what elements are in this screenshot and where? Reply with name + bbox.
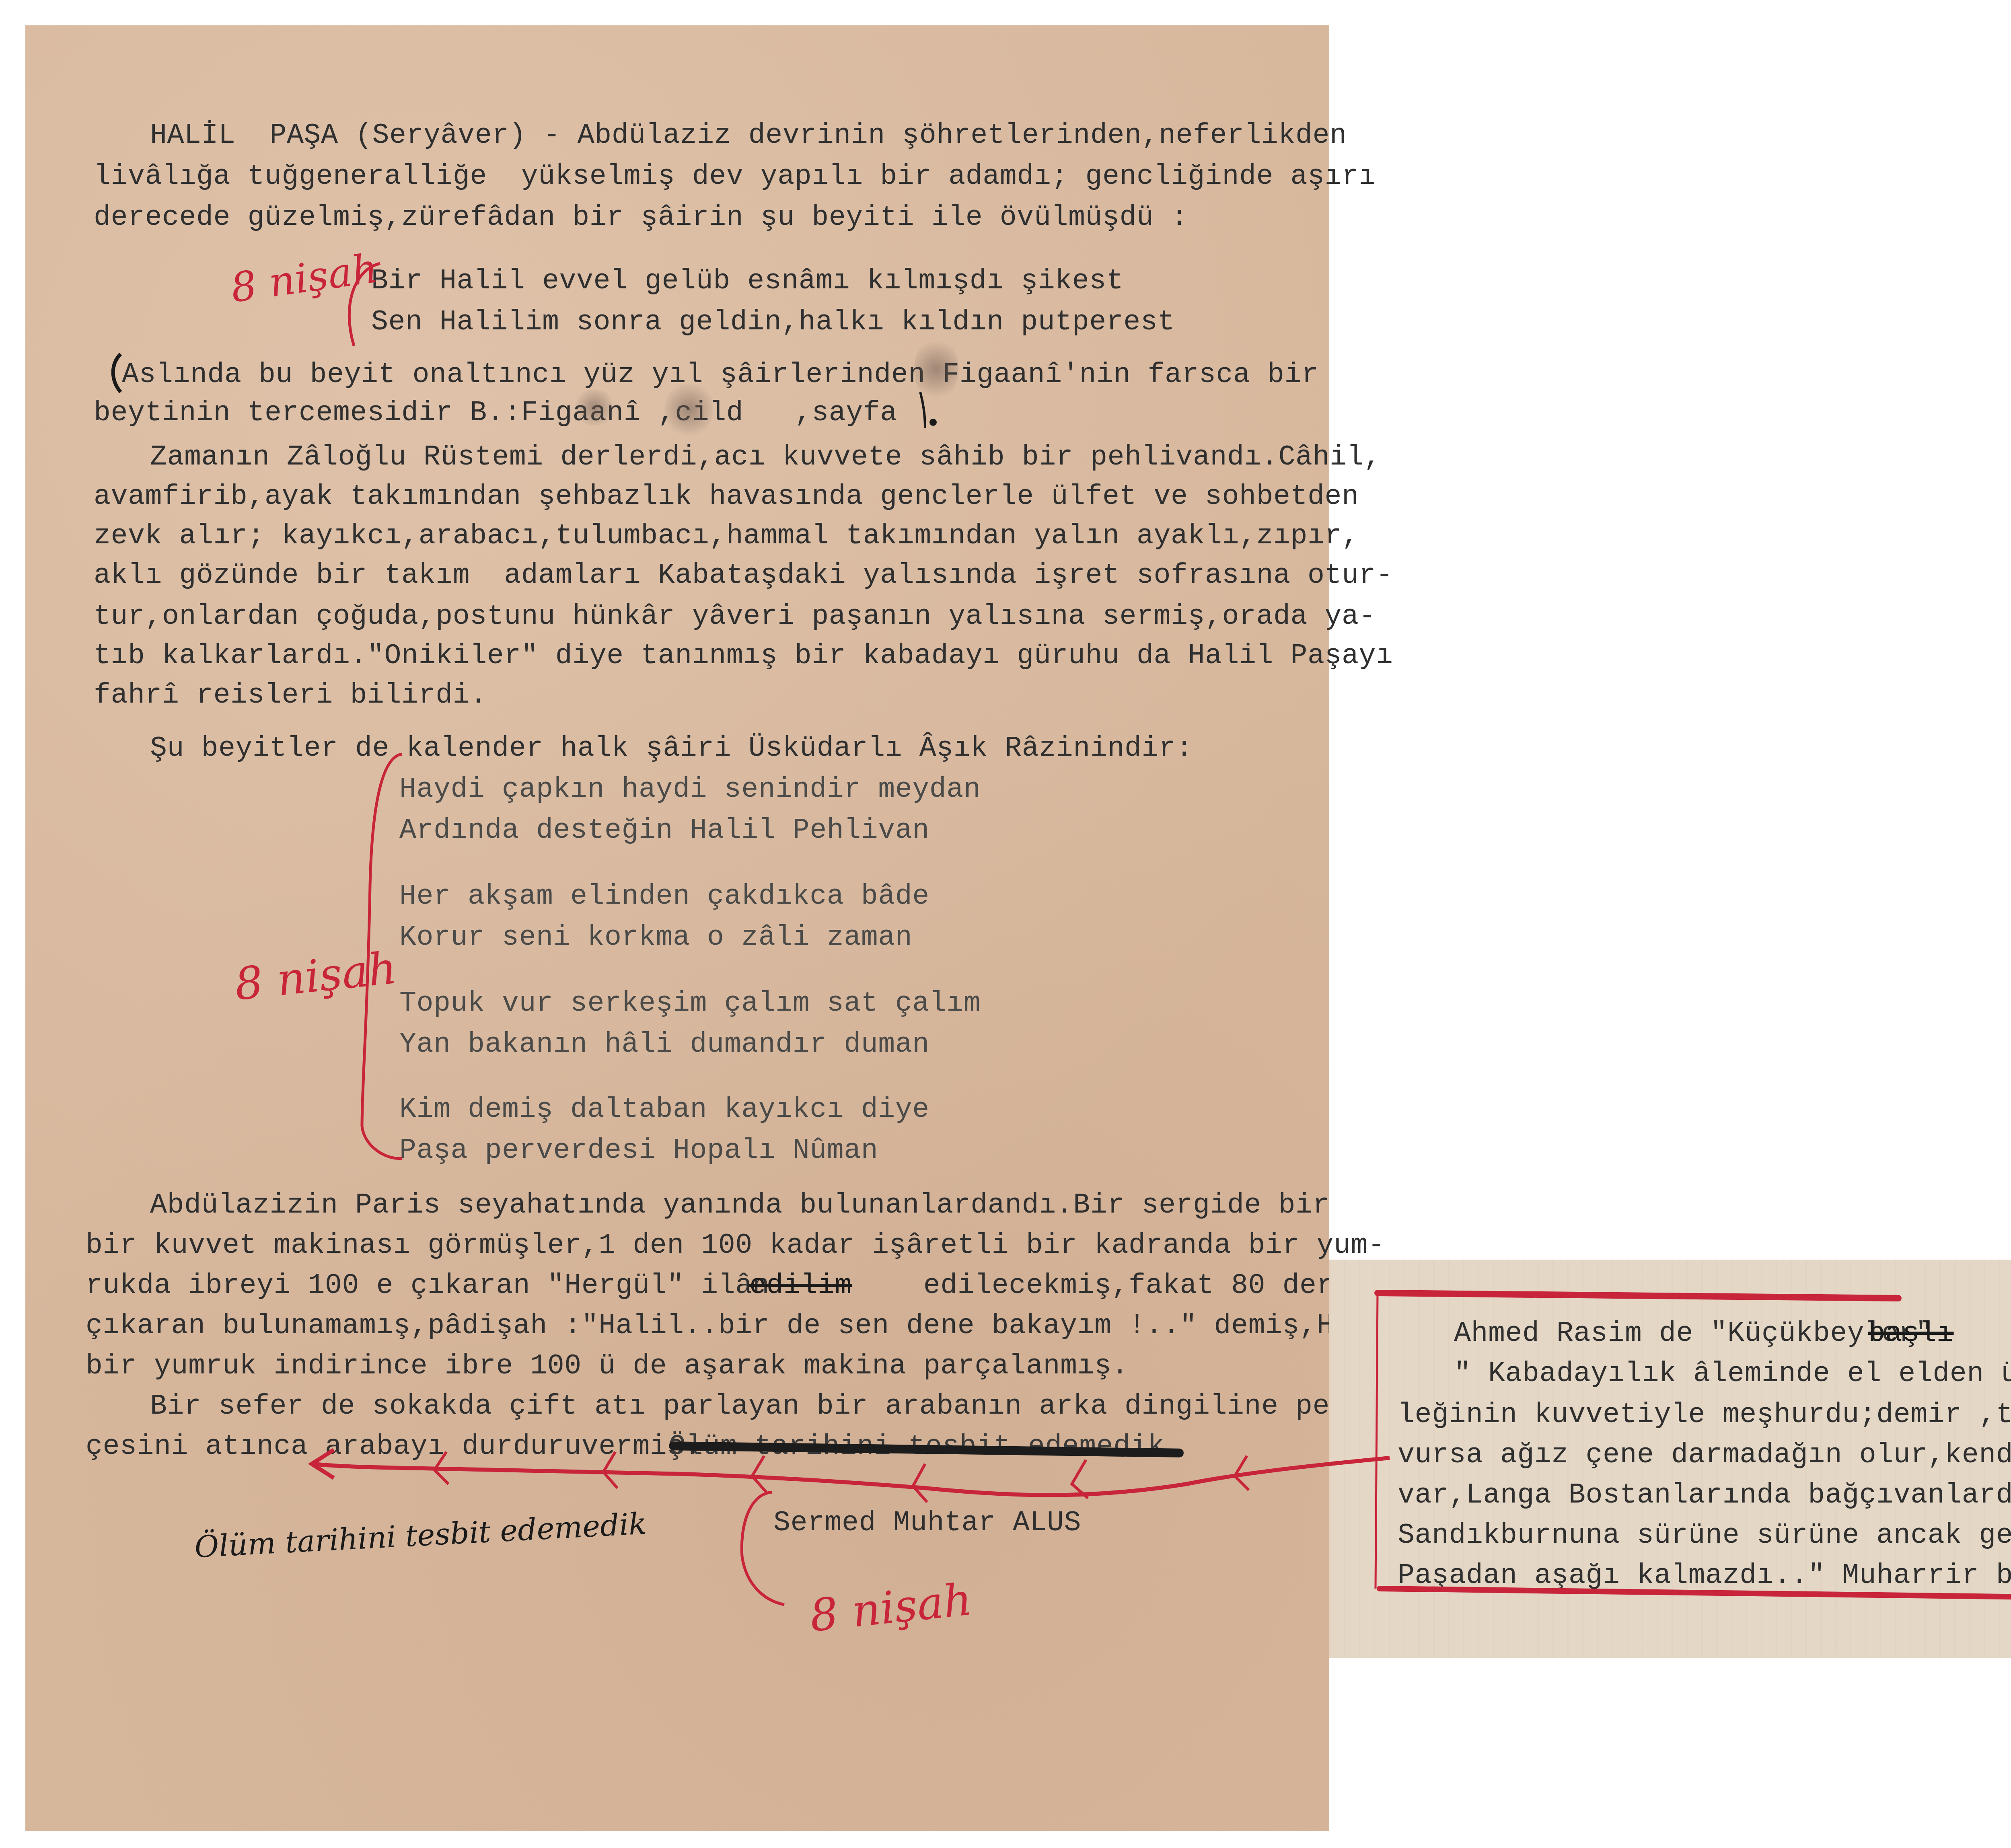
ink-stain	[572, 389, 617, 426]
paragraph-2-line-4: aklı gözünde bir takım adamları Kabataşd…	[94, 562, 1393, 590]
paragraph-2-line-5: tur,onlardan çoğuda,postunu hünkâr yâver…	[94, 603, 1376, 631]
ink-stain	[914, 335, 958, 403]
poem-line-2: Ardında desteğin Halil Pehlivan	[399, 817, 929, 845]
pasted-clipping: Ahmed Rasim de "Küçükbeyler" başlıklı ma…	[1329, 1260, 2011, 1658]
clipping-line-7: Paşadan aşağı kalmazdı.." Muharrir bu ya…	[1398, 1562, 2011, 1590]
poem-line-6: Yan bakanın hâli dumandır duman	[399, 1031, 929, 1059]
paragraph-3-line-4: çıkaran bulunamamış,pâdişah :"Halil..bir…	[86, 1312, 1402, 1340]
couplet-1-line-2: Sen Halilim sonra geldin,halkı kıldın pu…	[371, 308, 1175, 337]
ink-stain	[665, 379, 713, 440]
clipping-line-2: " Kabadayılık âleminde el elden üstündür…	[1454, 1360, 2011, 1388]
poem-line-4: Korur seni korkma o zâli zaman	[399, 924, 912, 952]
note-line-2: beytinin tercemesidir B.:Figaanî ,cild ,…	[94, 399, 897, 428]
note-line-1: Aslında bu beyit onaltıncı yüz yıl şâirl…	[122, 361, 1318, 389]
paragraph-1-line-3: derecede güzelmiş,zürefâdan bir şâirin ş…	[94, 204, 1188, 232]
clipping-line-5: var,Langa Bostanlarında bağçıvanlardan b…	[1398, 1482, 2011, 1510]
poem-line-8: Paşa perverdesi Hopalı Nûman	[399, 1137, 878, 1165]
paragraph-4-line-2: çesini atınca arabayı durduruvermiş.	[86, 1433, 701, 1461]
clipping-struck-word: başlı	[1868, 1320, 1954, 1348]
paragraph-1-line-2: livâlığa tuğgeneralliğe yükselmiş dev ya…	[94, 163, 1376, 191]
paragraph-3-line-5: bir yumruk indirince ibre 100 ü de aşara…	[86, 1353, 1129, 1381]
paragraph-2-line-3: zevk alır; kayıkcı,arabacı,tulumbacı,ham…	[94, 522, 1359, 551]
paragraph-2-line-1: Zamanın Zâloğlu Rüstemi derlerdi,acı kuv…	[150, 444, 1381, 472]
margin-annotation-poem: 8 nişah	[232, 942, 399, 1010]
paragraph-4-line-1: Bir sefer de sokakda çift atı parlayan b…	[150, 1393, 1364, 1421]
struck-word: edilim	[749, 1272, 852, 1300]
clipping-line-3: leğinin kuvvetiyle meşhurdu;demir ,tahta…	[1398, 1401, 2011, 1429]
clipping-line-4: vursa ağız çene darmadağın olur,kendisi …	[1398, 1441, 2011, 1470]
poem-intro: Şu beyitler de kalender halk şâiri Üsküd…	[150, 735, 1193, 763]
paragraph-2-line-7: fahrî reisleri bilirdi.	[94, 682, 487, 710]
poem-line-7: Kim demiş daltaban kayıkcı diye	[399, 1096, 929, 1124]
paragraph-1-line-1: HALİL PAŞA (Seryâver) - Abdülaziz devrin…	[150, 122, 1347, 150]
clipping-line-6: Sandıkburnuna sürüne sürüne ancak gelebi…	[1398, 1522, 2011, 1550]
poem-line-3: Her akşam elinden çakdıkca bâde	[399, 883, 929, 911]
margin-annotation-signature: 8 nişah	[807, 1573, 974, 1642]
paragraph-3-line-2: bir kuvvet makinası görmüşler,1 den 100 …	[86, 1232, 1385, 1260]
handwritten-note: Ölüm tarihini tesbit edemedik	[194, 1507, 648, 1565]
paragraph-2-line-2: avamfirib,ayak takımından şehbazlık hava…	[94, 483, 1359, 511]
main-typescript-page: HALİL PAŞA (Seryâver) - Abdülaziz devrin…	[25, 25, 1329, 1831]
signature: Sermed Muhtar ALUS	[773, 1509, 1081, 1538]
paragraph-3-line-1: Abdülazizin Paris seyahatında yanında bu…	[150, 1192, 1330, 1220]
poem-line-1: Haydi çapkın haydi senindir meydan	[399, 776, 981, 804]
margin-annotation-couplet: 8 nişah	[228, 245, 381, 312]
poem-line-5: Topuk vur serkeşim çalım sat çalım	[399, 990, 981, 1018]
paragraph-2-line-6: tıb kalkarlardı."Onikiler" diye tanınmış…	[94, 642, 1393, 670]
couplet-1-line-1: Bir Halil evvel gelüb esnâmı kılmışdı şi…	[371, 267, 1123, 296]
